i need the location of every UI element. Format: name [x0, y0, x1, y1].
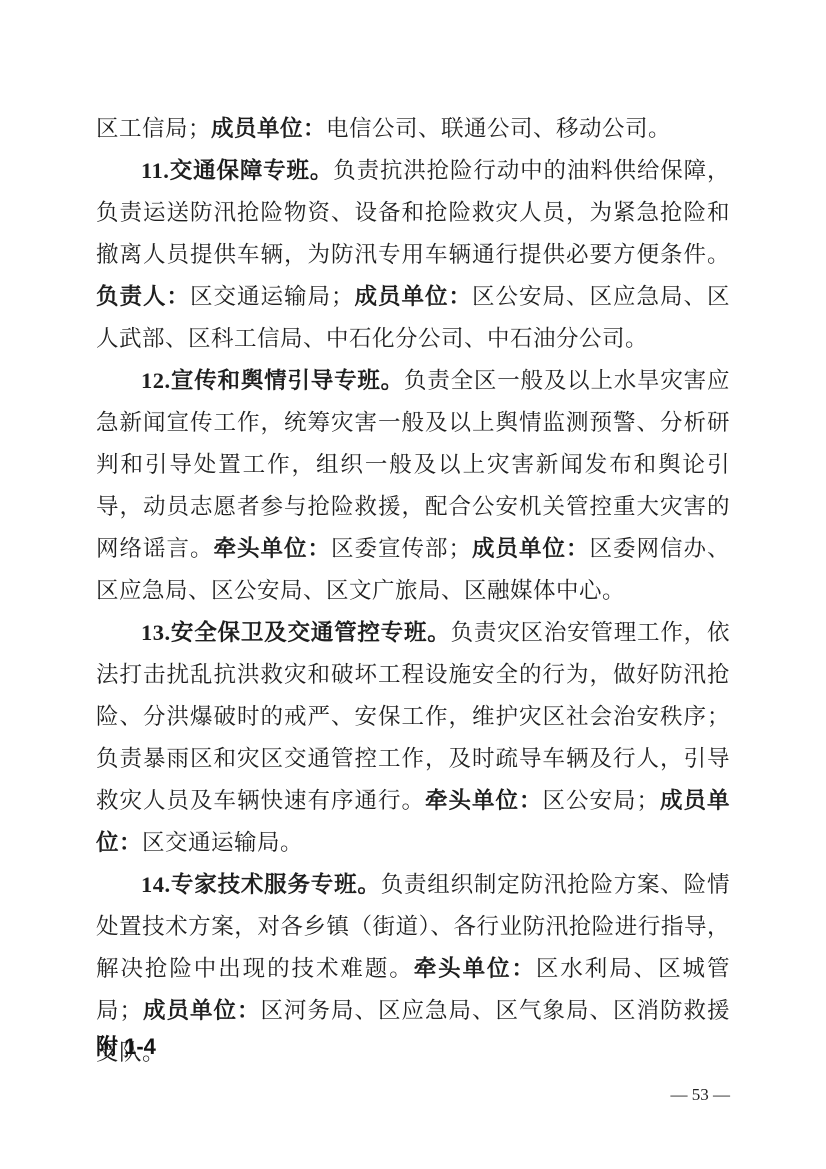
member-units-label: 成员单位： [143, 998, 261, 1023]
page-number: — 53 — [671, 1084, 731, 1106]
text-run: 区公安局； [542, 788, 659, 813]
text-run: 区交通运输局； [190, 284, 354, 309]
text-run: 区交通运输局。 [142, 830, 303, 855]
paragraph-continuation: 区工信局；成员单位：电信公司、联通公司、移动公司。 [96, 108, 730, 150]
paragraph-item-11: 11.交通保障专班。负责抗洪抢险行动中的油料供给保障，负责运送防汛抢险物资、设备… [96, 150, 730, 360]
paragraph-item-13: 13.安全保卫及交通管控专班。负责灾区治安管理工作，依法打击扰乱抗洪救灾和破坏工… [96, 612, 730, 864]
member-units-label: 成员单位： [472, 536, 590, 561]
item-13-heading: 13.安全保卫及交通管控专班。 [141, 620, 451, 645]
paragraph-item-14: 14.专家技术服务专班。负责组织制定防汛抢险方案、险情处置技术方案，对各乡镇（街… [96, 864, 730, 1074]
document-page: 区工信局；成员单位：电信公司、联通公司、移动公司。 11.交通保障专班。负责抗洪… [0, 0, 826, 1169]
text-run: 负责全区一般及以上水旱灾害应急新闻宣传工作，统筹灾害一般及以上舆情监测预警、分析… [96, 368, 730, 561]
text-run: 区工信局； [96, 116, 211, 141]
paragraph-item-12: 12.宣传和舆情引导专班。负责全区一般及以上水旱灾害应急新闻宣传工作，统筹灾害一… [96, 360, 730, 612]
item-14-heading: 14.专家技术服务专班。 [141, 872, 381, 897]
member-units-label: 成员单位： [211, 116, 326, 141]
lead-unit-label: 牵头单位： [214, 536, 332, 561]
text-run: 负责灾区治安管理工作，依法打击扰乱抗洪救灾和破坏工程设施安全的行为，做好防汛抢险… [96, 620, 730, 813]
page-body: 区工信局；成员单位：电信公司、联通公司、移动公司。 11.交通保障专班。负责抗洪… [96, 108, 730, 1074]
attachment-label: 附 1-4 [96, 1026, 156, 1068]
responsible-person-label: 负责人： [96, 284, 190, 309]
member-units-label: 成员单位： [354, 284, 472, 309]
item-12-heading: 12.宣传和舆情引导专班。 [141, 368, 404, 393]
text-run: 区委宣传部； [331, 536, 472, 561]
lead-unit-label: 牵头单位： [414, 956, 536, 981]
lead-unit-label: 牵头单位： [425, 788, 543, 813]
item-11-heading: 11.交通保障专班。 [141, 158, 333, 183]
text-run: 电信公司、联通公司、移动公司。 [326, 116, 671, 141]
